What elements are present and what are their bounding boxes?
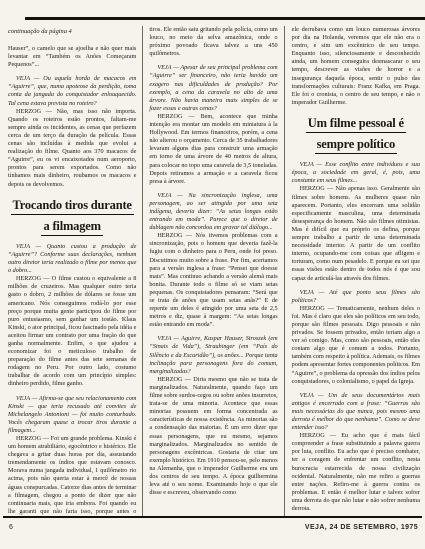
speaker-label: HERZOG: [16, 275, 43, 282]
speaker-label: HERZOG: [16, 435, 43, 442]
interview-question: VEJA — Apesar de seu principal problema …: [149, 64, 277, 113]
headline-line: sempre político: [315, 137, 397, 154]
speaker-label: HERZOG: [300, 185, 327, 192]
speaker-label: HERZOG: [16, 108, 46, 115]
interview-answer: HERZOG — Não, mas isso não importa. Quan…: [8, 108, 136, 189]
speaker-label: VEJA: [157, 192, 177, 199]
body-paragraph: ele derrubava como um louco numerosas ár…: [292, 26, 420, 107]
interview-answer: HERZOG — Diria mesmo que não se trata de…: [149, 376, 277, 497]
speaker-label: HERZOG: [157, 232, 185, 239]
interview-answer: HERZOG — Tematicamente, nenhum deles o f…: [292, 305, 420, 386]
speaker-label: HERZOG: [157, 376, 184, 383]
section-headline: Trocando tiros durantea filmagem: [8, 198, 136, 236]
interview-answer: HERZOG — Não apenas isso. Geralmente são…: [292, 185, 420, 282]
interview-question: VEJA — Aguirre, Kaspar Hauser, Stroszek …: [149, 335, 277, 375]
speaker-label: VEJA: [157, 64, 173, 71]
interview-answer: HERZOG — Nós tivemos problemas com a sin…: [149, 232, 277, 329]
headline-line: a filmagem: [41, 219, 102, 236]
speaker-label: VEJA: [16, 395, 32, 402]
interview-question: VEJA — Ou aquela horda de macacos em “Ag…: [8, 75, 136, 107]
column-1: continuação da página 4 Hauser”, o camel…: [8, 26, 142, 516]
speaker-label: VEJA: [300, 392, 318, 399]
interview-answer: HERZOG — Foi um grande problema. Kinski …: [8, 435, 136, 516]
interview-question: VEJA — Até que ponto seus filmes são pol…: [292, 289, 420, 305]
interview-question: VEJA — Afirma-se que seu relacionamento …: [8, 395, 136, 435]
body-paragraph: tiros. Ele então saiu gritando pela polí…: [149, 26, 277, 58]
speaker-label: VEJA: [157, 335, 173, 342]
body-paragraph: Hauser”, o camelo que se ajoelha e não q…: [8, 45, 136, 69]
top-rule: [25, 17, 425, 20]
bottom-rule: [3, 516, 422, 518]
page-number: 6: [9, 524, 13, 531]
speaker-label: HERZOG: [157, 113, 188, 120]
headline-line: Trocando tiros durante: [11, 198, 134, 215]
text-columns: continuação da página 4 Hauser”, o camel…: [8, 26, 420, 516]
speaker-label: VEJA: [16, 75, 34, 82]
interview-question: VEJA — Na sincronização inglesa, uma per…: [149, 192, 277, 232]
section-headline: Um filme pessoal ésempre político: [292, 116, 420, 154]
interview-question: VEJA — Esse conflito entre indivíduos e …: [292, 161, 420, 185]
column-3: ele derrubava como um louco numerosas ár…: [285, 26, 420, 516]
speaker-label: HERZOG: [300, 305, 328, 312]
magazine-page: continuação da página 4 Hauser”, o camel…: [0, 0, 425, 549]
continuation-note: continuação da página 4: [8, 28, 136, 36]
interview-answer: HERZOG — Eu acho que é mais fácil compre…: [292, 432, 420, 513]
speaker-label: VEJA: [300, 161, 317, 168]
interview-answer: HERZOG — Bem, acontece que minha intençã…: [149, 113, 277, 186]
footer-credit: VEJA, 24 DE SETEMBRO, 1975: [305, 524, 418, 531]
column-2: tiros. Ele então saiu gritando pela polí…: [142, 26, 284, 516]
speaker-label: HERZOG: [300, 432, 330, 439]
interview-question: VEJA — Quanto custou a produção de “Agui…: [8, 243, 136, 275]
speaker-label: VEJA: [16, 243, 36, 250]
interview-question: VEJA — Um de seus documentários mais ant…: [292, 392, 420, 432]
headline-line: Um filme pessoal é: [306, 116, 406, 133]
interview-answer: HERZOG — O filme custou o equivalente a …: [8, 275, 136, 388]
speaker-label: VEJA: [300, 289, 319, 296]
